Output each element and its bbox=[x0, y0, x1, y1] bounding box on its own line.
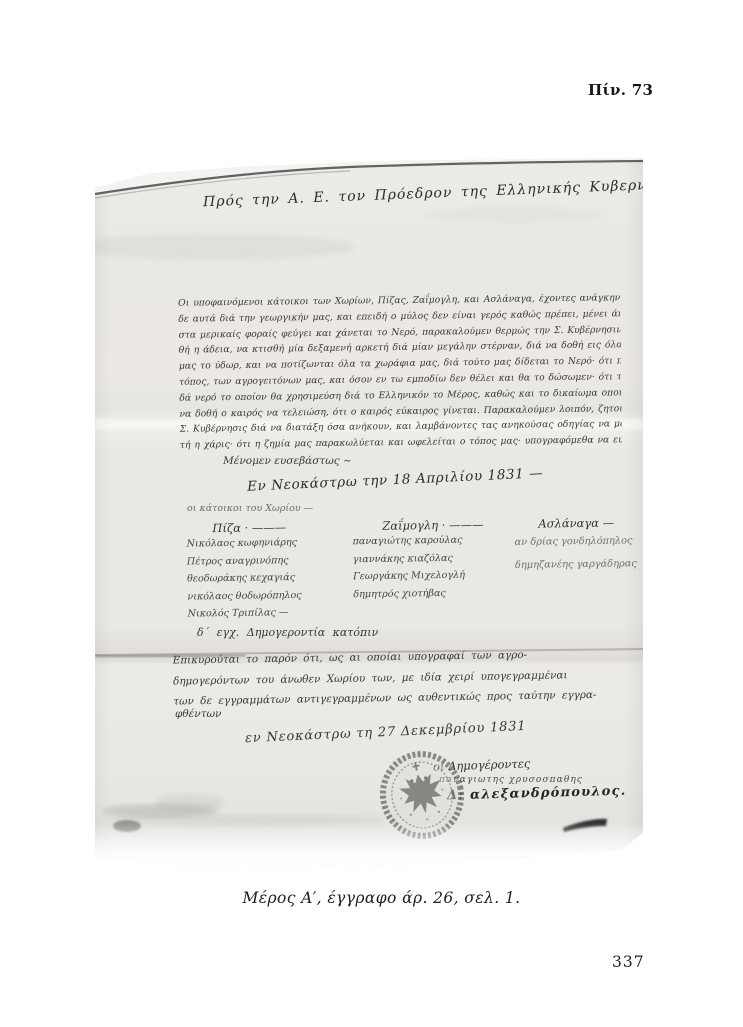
certification-intro: δ΄ εγχ. Δημογεροντία κατόπιν bbox=[197, 626, 378, 639]
page-number: 337 bbox=[612, 953, 645, 971]
document-scan: Πρός την Α. Ε. τον Πρόεδρον της Ελληνική… bbox=[95, 155, 643, 868]
official-signature: Δ: αλεξανδρόπουλος. bbox=[447, 784, 627, 804]
signature-column-piza: Πίζα · ——— Νικόλαος κωφηνιάρης Πέτρος αν… bbox=[186, 520, 302, 623]
signature: Πέτρος αναγρινόπης bbox=[187, 551, 302, 570]
manuscript-body: Οι υποφαινόμενοι κάτοικοι των Χωρίων, Πί… bbox=[178, 290, 622, 453]
certification-hanging-word: φθέντων bbox=[175, 708, 221, 720]
signature: παναγιώτης καρούλας bbox=[352, 531, 483, 550]
eagle-seal-icon bbox=[377, 750, 467, 840]
signature-columns: Πίζα · ——— Νικόλαος κωφηνιάρης Πέτρος αν… bbox=[94, 515, 643, 628]
certification-paragraph: Επικυρούται το παρόν ότι, ως αι οποίαι υ… bbox=[173, 643, 626, 712]
plate-label: Πίν. 73 bbox=[588, 81, 653, 99]
closing-line: Μένομεν ευσεβάστως ~ bbox=[223, 455, 352, 467]
column-header: Πίζα · ——— bbox=[212, 520, 300, 535]
signature: Νικολός Τριπίλας — bbox=[187, 604, 302, 623]
signature-column-aslanaga: Ασλάναγα — αν δρίας γονδηλόπηλος δημηζαν… bbox=[514, 515, 637, 577]
manuscript-heading: Πρός την Α. Ε. τον Πρόεδρον της Ελληνική… bbox=[203, 180, 583, 211]
signature: Νικόλαος κωφηνιάρης bbox=[186, 534, 301, 553]
signature: νικόλαος θοδωρόπηλος bbox=[187, 586, 302, 605]
dateline-december: εν Νεοκάστρω τη 27 Δεκεμβρίου 1831 bbox=[245, 719, 527, 746]
signature: θεοδωράκης κεχαγιάς bbox=[187, 569, 302, 588]
dateline-april: Εν Νεοκάστρω την 18 Απριλίου 1831 — bbox=[247, 465, 544, 494]
signature: Γεωργάκης Μιχελογλή bbox=[353, 566, 484, 585]
residents-note: οι κάτοικοι του Χωρίου — bbox=[187, 503, 313, 514]
signature: δημητρός χιοτήβας bbox=[353, 584, 484, 603]
column-header: Ζαΐμογλη · ——— bbox=[382, 517, 483, 532]
signature: δημηζανέης γαργάδηρας bbox=[515, 552, 637, 577]
signature-column-zaimogli: Ζαΐμογλη · ——— παναγιώτης καρούλας γιανν… bbox=[352, 517, 484, 603]
figure-caption: Μέρος Α′, έγγραφο άρ. 26, σελ. 1. bbox=[20, 889, 743, 907]
manuscript: Πρός την Α. Ε. τον Πρόεδρον της Ελληνική… bbox=[95, 155, 643, 868]
signature: γιαννάκης κιαζόλας bbox=[353, 549, 484, 568]
column-header: Ασλάναγα — bbox=[538, 515, 636, 530]
signature: αν δρίας γονδηλόπηλος bbox=[514, 529, 636, 554]
